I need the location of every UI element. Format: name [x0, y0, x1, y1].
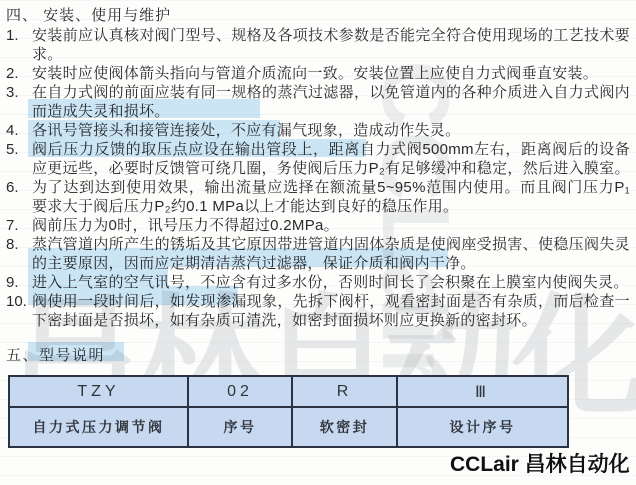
table-cell-design-code: Ⅲ: [397, 376, 568, 407]
item-number: 10.: [6, 292, 27, 311]
list-item: 2. 安装时应使阀体箭头指向与管道介质流向一致。安装位置上应使自力式阀垂直安装。: [4, 64, 630, 83]
list-item: 1. 安装前应认真核对阀门型号、规格及各项技术参数是否能完全符合使用现场的工艺技…: [4, 26, 630, 64]
table-cell-design-label: 设计序号: [397, 407, 568, 447]
model-designation-table: TZY 02 R Ⅲ 自力式压力调节阀 序号 软密封 设计序号: [8, 375, 569, 448]
table-cell-serial-label: 序号: [188, 407, 292, 447]
table-cell-seal-label: 软密封: [292, 407, 397, 447]
item-text: 阀后压力反馈的取压点应设在输出管段上，距离自力式阀500mm左右，距离阀后的设备…: [32, 141, 630, 177]
table-cell-seal-code: R: [292, 376, 397, 407]
document-content: 四、 安装、使用与维护 1. 安装前应认真核对阀门型号、规格及各项技术参数是否能…: [0, 0, 636, 448]
item-text: 进入上气室的空气讯号，不应含有过多水份，否则时间长了会积聚在上膜室内使阀失灵。: [32, 274, 629, 291]
list-item: 8. 蒸汽管道内所产生的锈垢及其它原因带进管道内固体杂质是使阀座受损害、使稳压阀…: [4, 235, 630, 273]
item-number: 4.: [6, 121, 19, 140]
item-number: 1.: [6, 26, 19, 45]
table-row: TZY 02 R Ⅲ: [9, 376, 568, 407]
item-text: 安装时应使阀体箭头指向与管道介质流向一致。安装位置上应使自力式阀垂直安装。: [32, 65, 598, 82]
item-text: 阀使用一段时间后，如发现渗漏现象，先拆下阀杆，观看密封面是否有杂质，而后检查一下…: [32, 293, 630, 329]
scanned-document-page: 昌林自动化 CCLair 四、 安装、使用与维护 1. 安装前应认真核对阀门型号…: [0, 0, 636, 485]
table-cell-model-label: 自力式压力调节阀: [9, 407, 188, 447]
table-row: 自力式压力调节阀 序号 软密封 设计序号: [9, 407, 568, 447]
item-number: 9.: [6, 273, 19, 292]
item-number: 3.: [6, 83, 19, 102]
item-text: 安装前应认真核对阀门型号、规格及各项技术参数是否能完全符合使用现场的工艺技术要求…: [32, 27, 630, 63]
corner-watermark-text: CCLair 昌林自动化: [450, 448, 630, 478]
table-cell-model-code: TZY: [9, 376, 188, 407]
section4-heading: 四、 安装、使用与维护: [6, 6, 630, 25]
list-item: 6. 为了达到达到使用效果，输出流量应选择在额流量5~95%范围内使用。而且阀门…: [4, 178, 630, 216]
section4-list: 1. 安装前应认真核对阀门型号、规格及各项技术参数是否能完全符合使用现场的工艺技…: [4, 26, 630, 330]
item-text: 阀前压力为0时，讯号压力不得超过0.2MPa。: [32, 217, 339, 234]
list-item: 3. 在自力式阀的前面应装有同一规格的蒸汽过滤器，以免管道内的各种介质进入自力式…: [4, 83, 630, 121]
item-number: 2.: [6, 64, 19, 83]
item-number: 6.: [6, 178, 19, 197]
item-text: 各讯号管接头和接管连接处，不应有漏气现象，造成动作失灵。: [32, 122, 460, 139]
item-text: 在自力式阀的前面应装有同一规格的蒸汽过滤器，以免管道内的各种介质进入自力式阀内而…: [32, 84, 630, 120]
item-number: 7.: [6, 216, 19, 235]
list-item: 10. 阀使用一段时间后，如发现渗漏现象，先拆下阀杆，观看密封面是否有杂质，而后…: [4, 292, 630, 330]
list-item: 5. 阀后压力反馈的取压点应设在输出管段上，距离自力式阀500mm左右，距离阀后…: [4, 140, 630, 178]
item-text: 蒸汽管道内所产生的锈垢及其它原因带进管道内固体杂质是使阀座受损害、使稳压阀失灵的…: [32, 236, 630, 272]
item-number: 5.: [6, 140, 19, 159]
item-text: 为了达到达到使用效果，输出流量应选择在额流量5~95%范围内使用。而且阀门压力P…: [32, 179, 630, 215]
item-number: 8.: [6, 235, 19, 254]
table-cell-serial-code: 02: [188, 376, 292, 407]
list-item: 9. 进入上气室的空气讯号，不应含有过多水份，否则时间长了会积聚在上膜室内使阀失…: [4, 273, 630, 292]
list-item: 7. 阀前压力为0时，讯号压力不得超过0.2MPa。: [4, 216, 630, 235]
list-item: 4. 各讯号管接头和接管连接处，不应有漏气现象，造成动作失灵。: [4, 121, 630, 140]
section5-heading: 五、型号说明: [6, 346, 630, 365]
